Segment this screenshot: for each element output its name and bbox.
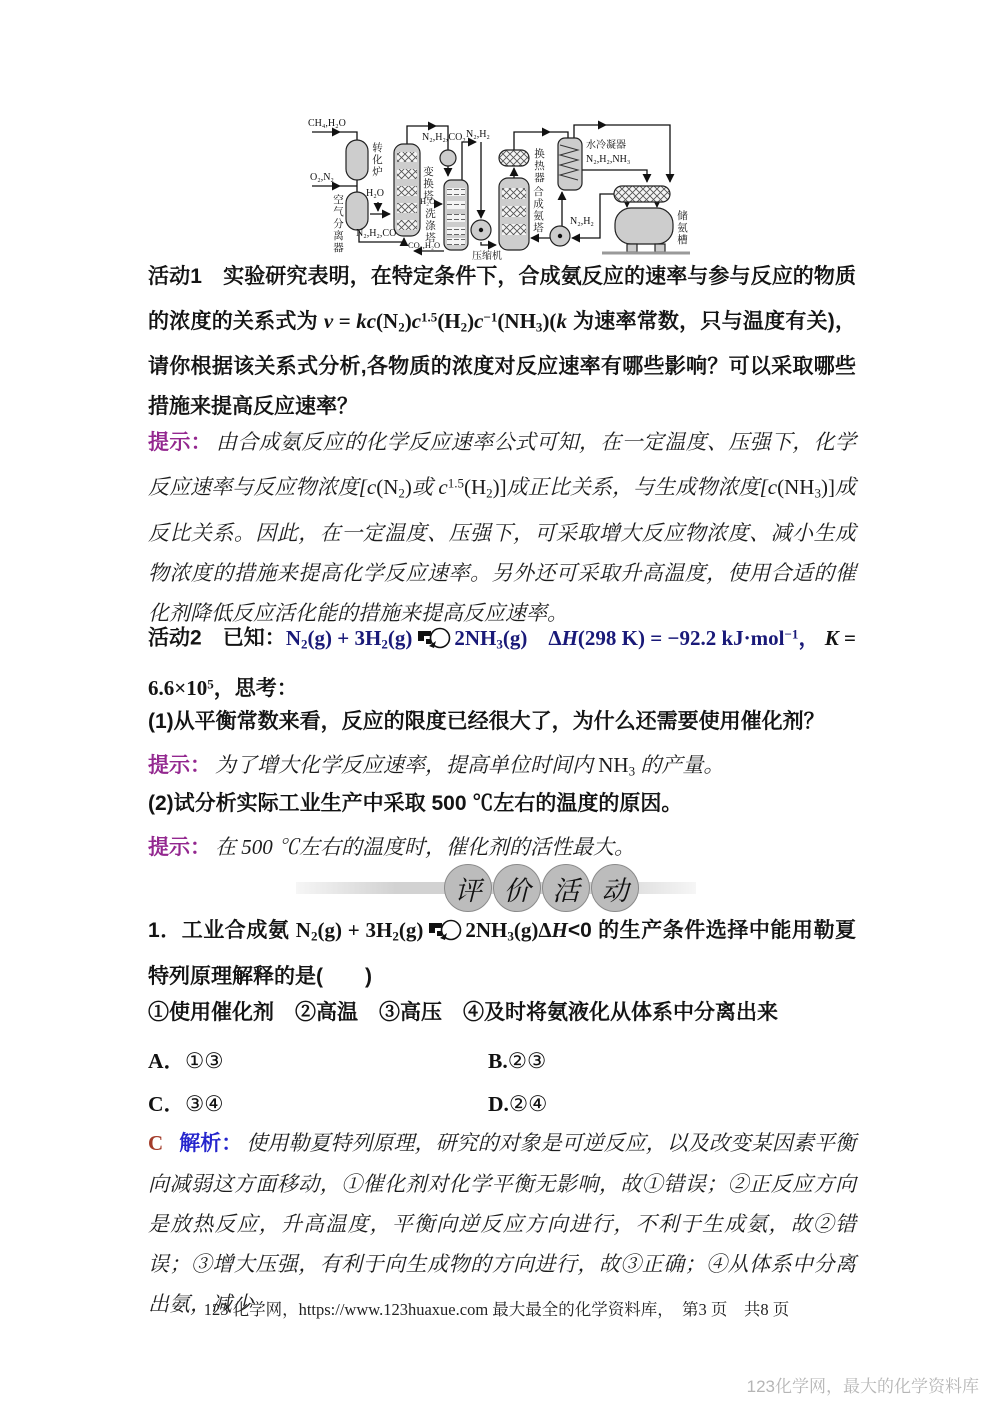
hint1-text: 由合成氨反应的化学反应速率公式可知，在一定温度、压强下，化学反应速率与反应物浓度… bbox=[148, 430, 856, 625]
question1-choices: ①使用催化剂 ②高温 ③高压 ④及时将氨液化从体系中分离出来 bbox=[148, 993, 856, 1033]
analysis-label: 解析： bbox=[179, 1132, 242, 1155]
option-c-letter: C． bbox=[148, 1092, 185, 1116]
label-air-separator: 空气分离器 bbox=[332, 194, 343, 254]
hint2-label: 提示： bbox=[148, 754, 211, 777]
subquestion-2: (2)试分析实际工业生产中采取 500 ℃左右的温度的原因。 bbox=[148, 784, 856, 824]
option-b: B.②③ bbox=[488, 1040, 546, 1083]
hint2-text: 为了增大化学反应速率，提高单位时间内 NH3 的产量。 bbox=[215, 753, 724, 777]
air-separator-vessel bbox=[346, 192, 368, 230]
answer-letter: C bbox=[148, 1131, 163, 1155]
option-b-letter: B. bbox=[488, 1049, 508, 1073]
converter-vessel bbox=[346, 140, 368, 180]
hint1-paragraph: 提示：由合成氨反应的化学反应速率公式可知，在一定温度、压强下，化学反应速率与反应… bbox=[148, 422, 856, 633]
label-h2o-small: H₂O bbox=[420, 196, 435, 207]
banner-circle-3: 活 bbox=[542, 864, 590, 912]
watermark: 123化学网，最大的化学资料库 bbox=[747, 1372, 979, 1397]
banner-circle-2: 价 bbox=[493, 864, 541, 912]
banner-char-3: 活 bbox=[553, 869, 580, 908]
equilibrium-symbol-icon bbox=[426, 918, 462, 942]
question1-paragraph: 1．工业合成氨 N2(g) + 3H2(g)2NH3(g)ΔH<0 的生产条件选… bbox=[148, 910, 856, 997]
hint3-text: 在 500 ℃左右的温度时，催化剂的活性最大。 bbox=[215, 835, 635, 859]
activity1-label: 活动1 bbox=[148, 265, 202, 288]
heat-exchanger-vessel bbox=[499, 150, 529, 166]
label-n2-h2-co2: N₂,H₂,CO₂ bbox=[422, 132, 462, 143]
label-h2o: H₂O bbox=[366, 188, 384, 199]
label-n2-h2-recycle: N₂,H₂ bbox=[570, 216, 594, 227]
option-d-letter: D. bbox=[488, 1092, 509, 1116]
option-d: D.②④ bbox=[488, 1083, 547, 1126]
option-b-value: ②③ bbox=[508, 1049, 547, 1073]
label-condenser: 水冷凝器 bbox=[586, 140, 626, 151]
label-n2-h2-top: N₂,H₂ bbox=[466, 129, 490, 140]
question1-pre: 1．工业合成氨 N2(g) + 3H2(g) bbox=[148, 919, 423, 942]
equation-left: N2(g) + 3H2(g) bbox=[286, 627, 413, 650]
label-converter: 转化炉 bbox=[371, 142, 382, 178]
ammonia-process-flow-diagram: CH₄,H₂O O₂,N₂ 转化炉 空气分离器 N₂,H₂,CO H₂O 变换塔… bbox=[286, 112, 706, 262]
equation-right: 2NH3(g) ΔH(298 K) = −92.2 kJ·mol−1， bbox=[454, 627, 824, 650]
option-a-value: ①③ bbox=[185, 1049, 224, 1073]
option-d-value: ②④ bbox=[509, 1092, 548, 1116]
storage-tank-vessel bbox=[615, 208, 673, 244]
small-exchanger-vessel bbox=[614, 186, 670, 202]
activity2-paragraph: 活动2 已知：N2(g) + 3H2(g)2NH3(g) ΔH(298 K) =… bbox=[148, 614, 856, 709]
option-c-value: ③④ bbox=[185, 1092, 224, 1116]
banner-circle-4: 动 bbox=[591, 864, 639, 912]
activity2-label: 活动2 bbox=[148, 627, 202, 650]
process-diagram-shapes bbox=[286, 112, 706, 262]
label-synthesis-tower: 合成氨塔 bbox=[532, 186, 543, 234]
option-a-letter: A． bbox=[148, 1049, 185, 1073]
analysis-paragraph: C解析：使用勒夏特列原理，研究的对象是可逆反应，以及改变某因素平衡向减弱这方面移… bbox=[148, 1123, 856, 1324]
label-wash-tower: 洗涤塔 bbox=[424, 208, 435, 244]
activity1-text: 实验研究表明，在特定条件下，合成氨反应的速率与参与反应的物质的浓度的关系式为 v… bbox=[148, 265, 856, 418]
hint3-paragraph: 提示：在 500 ℃左右的温度时，催化剂的活性最大。 bbox=[148, 827, 856, 868]
label-n2-h2-nh3: N₂,H₂,NH₃ bbox=[586, 154, 630, 165]
equilibrium-symbol-icon bbox=[415, 626, 451, 650]
hint3-label: 提示： bbox=[148, 836, 211, 859]
banner-char-2: 价 bbox=[504, 869, 531, 908]
activity2-known: 已知： bbox=[202, 627, 286, 650]
page-footer: 123 化学网，https://www.123huaxue.com 最大最全的化… bbox=[0, 1296, 993, 1320]
label-n2-h2-co: N₂,H₂,CO bbox=[356, 228, 396, 239]
hint1-label: 提示： bbox=[148, 431, 212, 454]
banner-char-4: 动 bbox=[602, 869, 629, 908]
subquestion-1: (1)从平衡常数来看，反应的限度已经很大了，为什么还需要使用催化剂？ bbox=[148, 702, 856, 742]
option-row-2: C．③④ D.②④ bbox=[148, 1083, 856, 1126]
banner-circle-1: 评 bbox=[444, 864, 492, 912]
answer-options: A．①③ B.②③ C．③④ D.②④ bbox=[148, 1040, 856, 1126]
activity1-paragraph: 活动1 实验研究表明，在特定条件下，合成氨反应的速率与参与反应的物质的浓度的关系… bbox=[148, 257, 856, 427]
label-heat-exchanger: 换热器 bbox=[533, 148, 544, 184]
document-page: CH₄,H₂O O₂,N₂ 转化炉 空气分离器 N₂,H₂,CO H₂O 变换塔… bbox=[0, 0, 993, 1404]
label-o2-n2: O₂,N₂ bbox=[310, 172, 334, 183]
analysis-text: 使用勒夏特列原理，研究的对象是可逆反应，以及改变某因素平衡向减弱这方面移动，①催… bbox=[148, 1131, 856, 1316]
label-co2-h2o: CO₂,H₂O bbox=[408, 240, 440, 251]
top-pump bbox=[440, 150, 456, 166]
label-storage-tank: 储氨槽 bbox=[676, 210, 687, 246]
evaluation-activity-banner: 评 价 活 动 bbox=[296, 864, 696, 912]
option-row-1: A．①③ B.②③ bbox=[148, 1040, 856, 1083]
option-a: A．①③ bbox=[148, 1049, 224, 1073]
label-ch4-h2o: CH₄,H₂O bbox=[308, 118, 346, 129]
banner-char-1: 评 bbox=[455, 869, 482, 908]
option-c: C．③④ bbox=[148, 1092, 224, 1116]
